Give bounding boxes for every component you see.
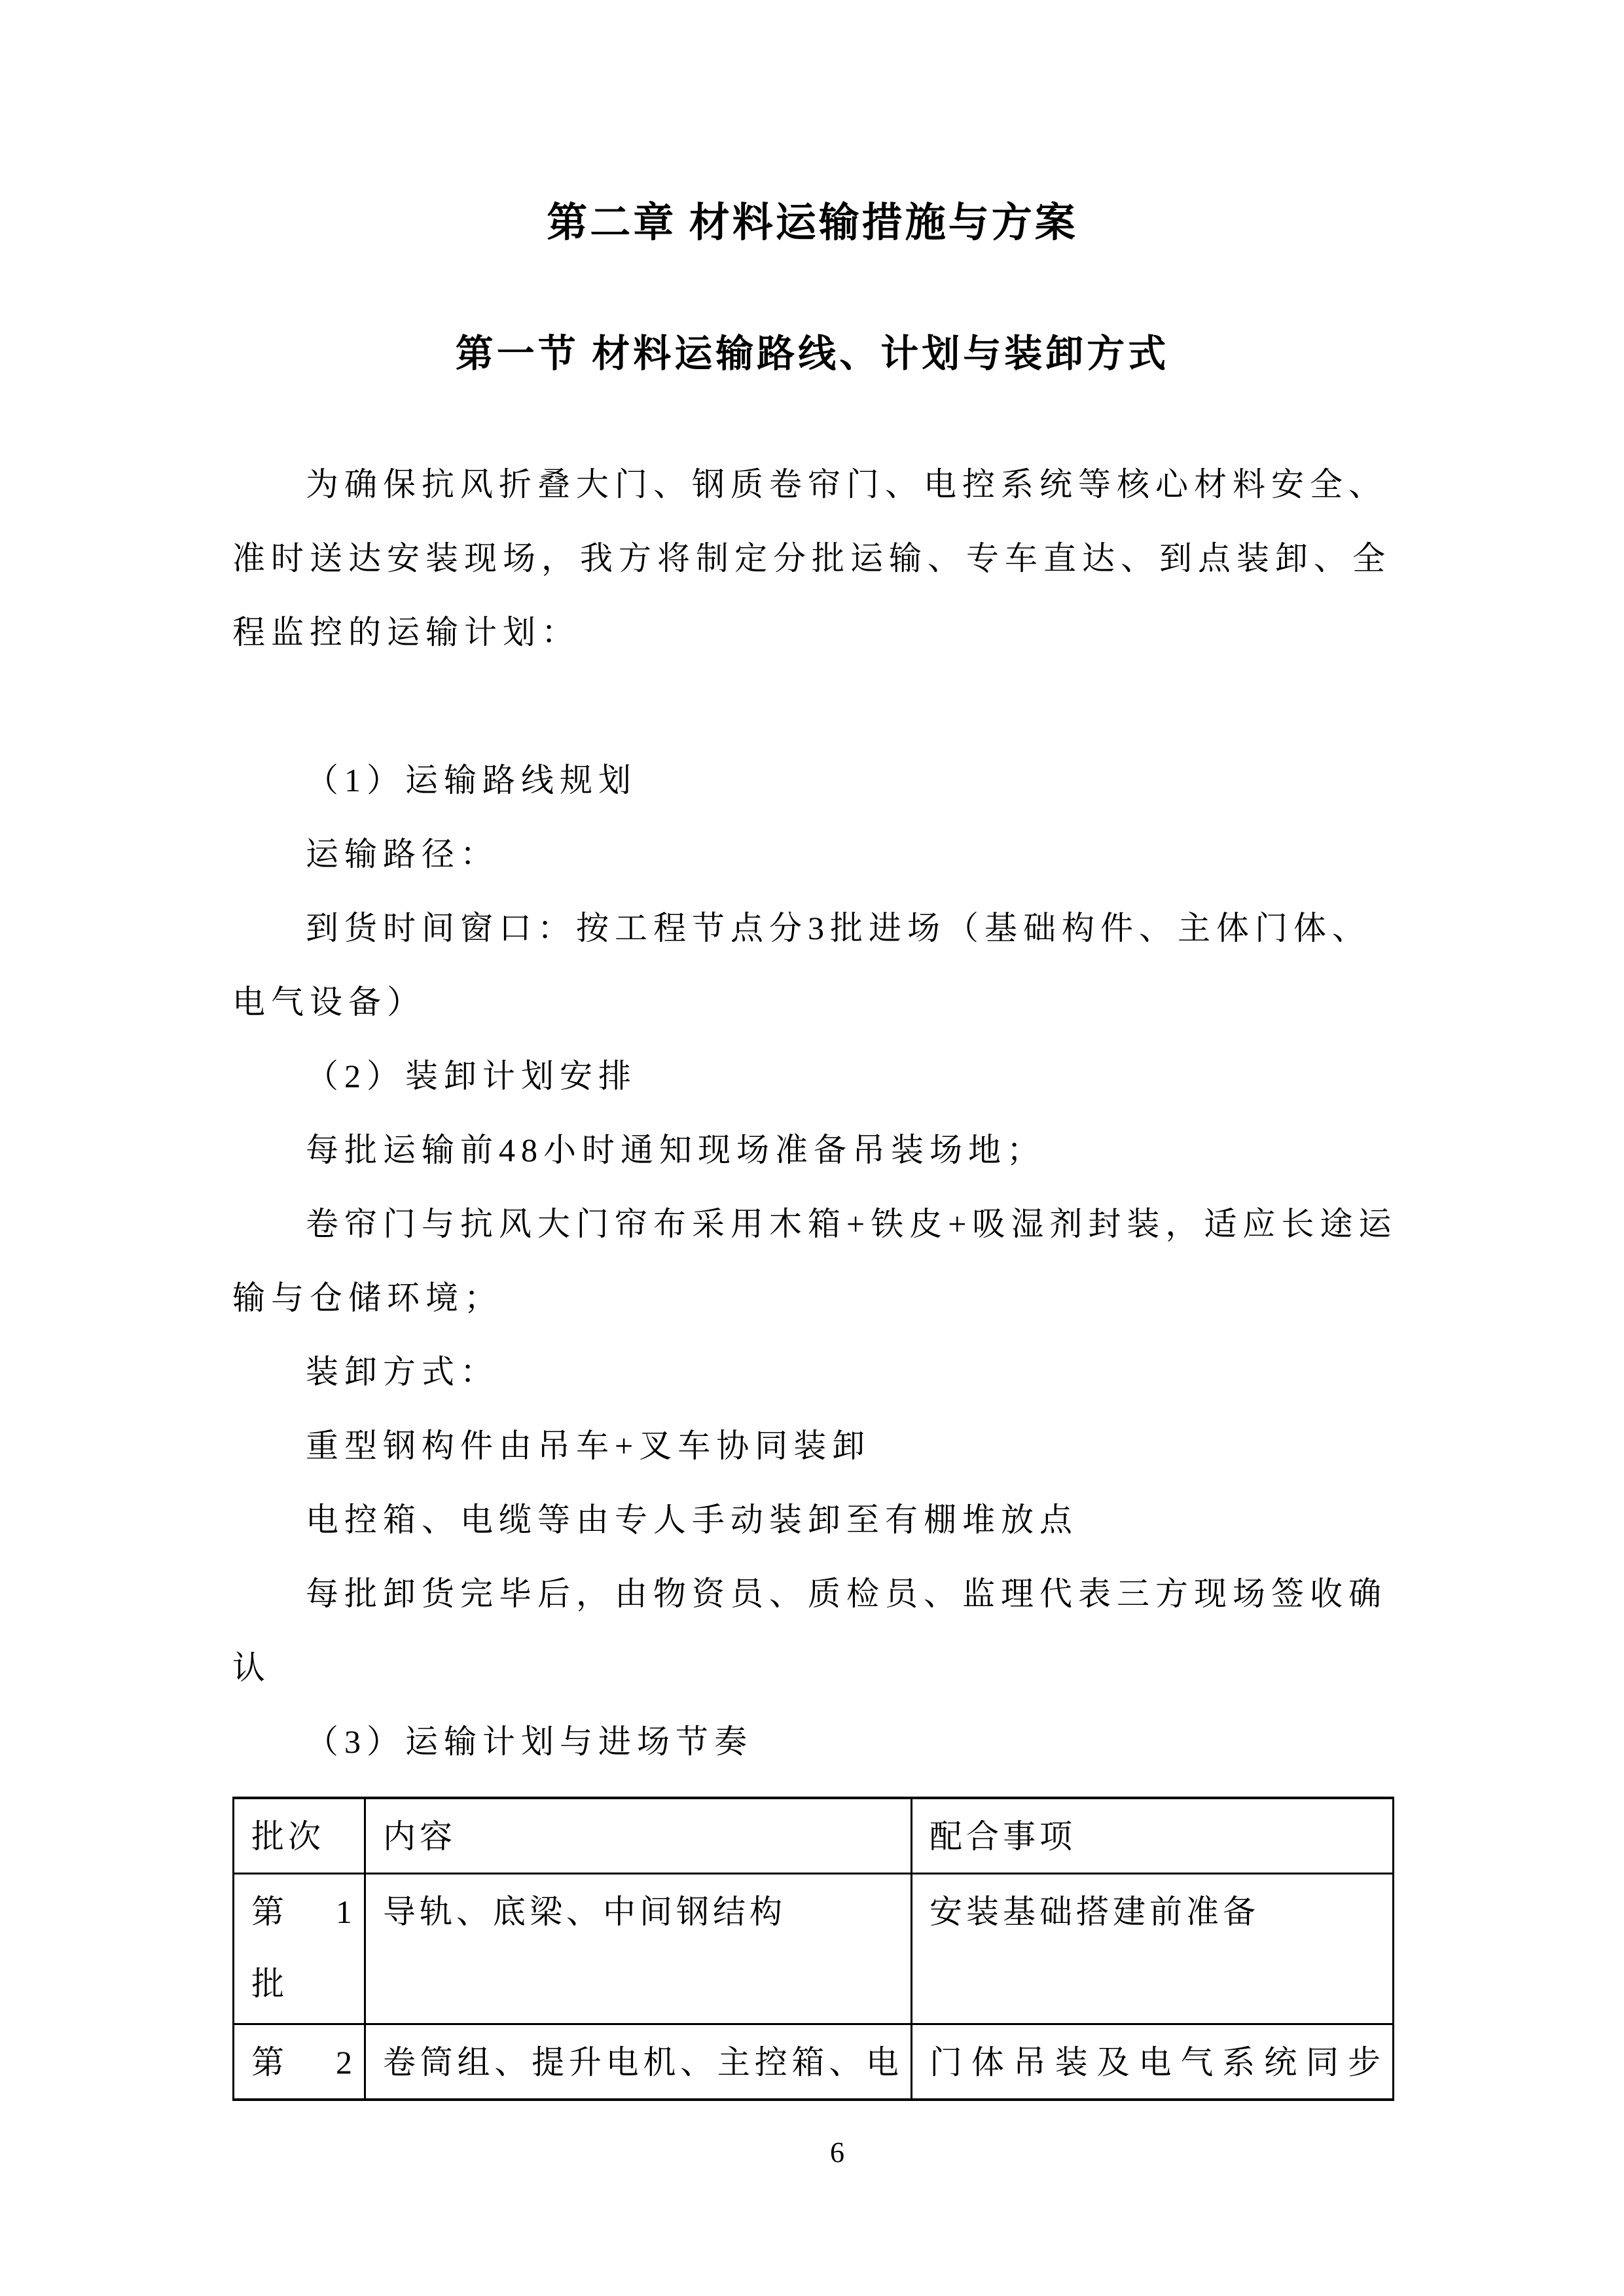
section-title: 第一节 材料运输路线、计划与装卸方式 bbox=[232, 335, 1392, 373]
table-cell-batch: 第 2 bbox=[234, 2024, 365, 2100]
body-line: 程监控的运输计划： bbox=[232, 596, 1392, 670]
body-text: 为确保抗风折叠大门、钢质卷帘门、电控系统等核心材料安全、 准时送达安装现场，我方… bbox=[232, 448, 1392, 1779]
table-cell-content: 卷筒组、提升电机、主控箱、电 bbox=[365, 2024, 912, 2100]
table-header-cell-coordination: 配合事项 bbox=[912, 1798, 1394, 1874]
body-line: 卷帘门与抗风大门帘布采用木箱+铁皮+吸湿剂封装，适应长途运 bbox=[232, 1187, 1392, 1261]
body-line: 运输路径： bbox=[232, 817, 1392, 891]
table-header-cell-batch: 批次 bbox=[234, 1798, 365, 1874]
table-cell-coordination: 安装基础搭建前准备 bbox=[912, 1874, 1394, 2024]
body-line: 每批卸货完毕后，由物资员、质检员、监理代表三方现场签收确 bbox=[232, 1557, 1392, 1631]
blank-line bbox=[232, 670, 1392, 744]
body-line: 为确保抗风折叠大门、钢质卷帘门、电控系统等核心材料安全、 bbox=[232, 448, 1392, 522]
body-line: （2）装卸计划安排 bbox=[232, 1039, 1392, 1113]
body-line: 电气设备） bbox=[232, 965, 1392, 1039]
chapter-title: 第二章 材料运输措施与方案 bbox=[232, 203, 1392, 243]
page-number: 6 bbox=[257, 2138, 1417, 2167]
body-line: 到货时间窗口：按工程节点分3批进场（基础构件、主体门体、 bbox=[232, 891, 1392, 965]
transport-schedule-table: 批次 内容 配合事项 第 1 批 导轨、底梁、中间钢结构 安装基础搭建前准备 第… bbox=[232, 1797, 1394, 2101]
body-line: 重型钢构件由吊车+叉车协同装卸 bbox=[232, 1409, 1392, 1483]
body-line: （3）运输计划与进场节奏 bbox=[232, 1705, 1392, 1779]
body-line: （1）运输路线规划 bbox=[232, 744, 1392, 817]
body-line: 认 bbox=[232, 1631, 1392, 1705]
table-cell-coordination: 门体吊装及电气系统同步 bbox=[912, 2024, 1394, 2100]
body-line: 每批运输前48小时通知现场准备吊装场地； bbox=[232, 1113, 1392, 1187]
table-header-row: 批次 内容 配合事项 bbox=[234, 1798, 1394, 1874]
body-line: 电控箱、电缆等由专人手动装卸至有棚堆放点 bbox=[232, 1483, 1392, 1557]
table-row: 第 1 批 导轨、底梁、中间钢结构 安装基础搭建前准备 bbox=[234, 1874, 1394, 2024]
table-header-cell-content: 内容 bbox=[365, 1798, 912, 1874]
body-line: 准时送达安装现场，我方将制定分批运输、专车直达、到点装卸、全 bbox=[232, 522, 1392, 596]
table-row: 第 2 卷筒组、提升电机、主控箱、电 门体吊装及电气系统同步 bbox=[234, 2024, 1394, 2100]
table-cell-batch: 第 1 批 bbox=[234, 1874, 365, 2024]
body-line: 装卸方式： bbox=[232, 1335, 1392, 1409]
body-line: 输与仓储环境； bbox=[232, 1261, 1392, 1335]
document-page: 第二章 材料运输措施与方案 第一节 材料运输路线、计划与装卸方式 为确保抗风折叠… bbox=[0, 0, 1624, 2296]
table-cell-content: 导轨、底梁、中间钢结构 bbox=[365, 1874, 912, 2024]
